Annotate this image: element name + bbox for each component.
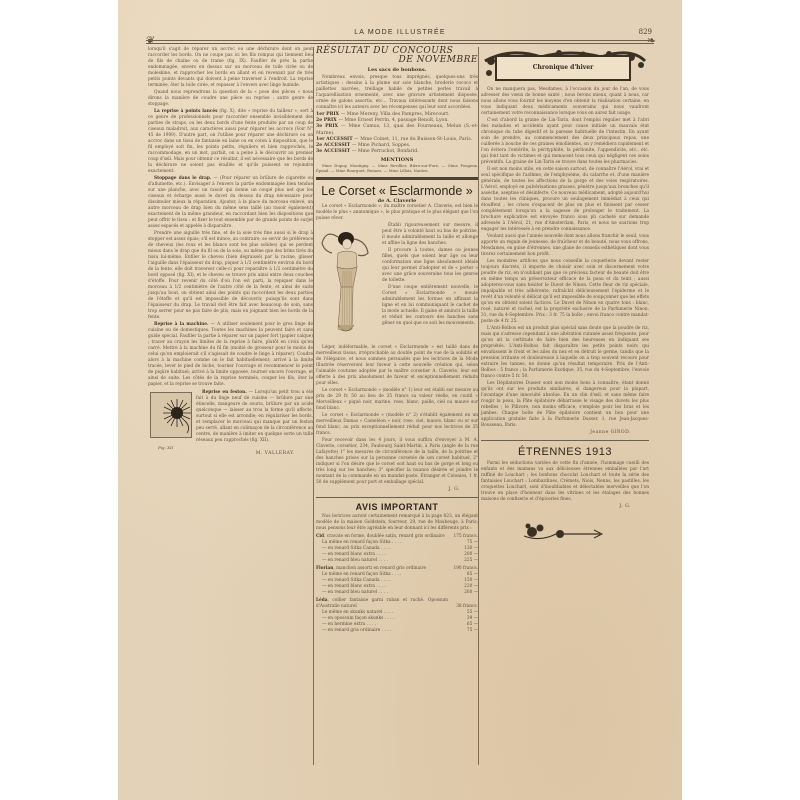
- paragraph: La reprise à points lancés (fig. X), dit…: [148, 109, 313, 175]
- prize-rank: 1er ACCESSIT: [316, 137, 354, 142]
- prize-entry: 3e ACCESSIT — Mme Perruchot, Bonfarid.: [316, 149, 478, 155]
- darned-hole-illustration-icon: [150, 392, 192, 438]
- price-row: — en renard gris ordinaire . . . .75 —: [316, 628, 478, 634]
- fur-price-list: Cid, cravate en forme, doublée satin, re…: [316, 534, 478, 634]
- prize-rank: 2e ACCESSIT: [316, 143, 352, 148]
- floral-tailpiece-icon: [481, 520, 649, 545]
- paragraph: Léger, indéformable, le corset « Esclarm…: [316, 345, 478, 387]
- paragraph: Pour recevoir dans les 4 jours, il vous …: [316, 438, 478, 486]
- paragraph: Reprise à la machine. — A utiliser seule…: [148, 322, 313, 388]
- paragraph: Les Dépilatoires Dusser sont non moins b…: [481, 381, 649, 429]
- section-rule: [316, 497, 478, 498]
- contest-title: RÉSULTAT DU CONCOURS DE NOVEMBRE: [316, 47, 478, 65]
- section-rule: [481, 440, 649, 441]
- author-signature: Jeanne GIROD.: [481, 430, 649, 436]
- column-contest-and-ads: RÉSULTAT DU CONCOURS DE NOVEMBRE Les sac…: [316, 47, 478, 634]
- prize-winner: — Mme Perruchot, Bonfarid.: [352, 149, 419, 154]
- paragraph: Nos lectrices auront certainement remarq…: [316, 514, 478, 532]
- subheading: Stoppage dans le drap.: [154, 176, 211, 181]
- paragraph: lorsqu'il s'agit de réparer un accroc ou…: [148, 47, 313, 89]
- header-rule: [146, 40, 654, 44]
- subheading: Reprise en feston.: [202, 390, 247, 395]
- prize-rank: 3e ACCESSIT: [316, 149, 352, 154]
- paragraph: Voulant aussi que l'année nouvelle dont …: [481, 234, 649, 258]
- paragraph: Nombreux envois, presque tous imprégnés,…: [316, 75, 478, 111]
- prize-rank: 3e PRIX: [316, 124, 341, 129]
- price-row: — en renard bleu naturel . . . .260 —: [316, 590, 478, 596]
- paragraph: Le corset « Esclarmonde » (modèle n° 1) …: [316, 388, 478, 412]
- paragraph: Le corset « Esclarmonde », du maître cor…: [316, 204, 478, 222]
- paragraph: On ne manquera pas, Mesdames, à l'occasi…: [481, 87, 649, 117]
- author-signature: J. G.: [481, 504, 649, 510]
- price-row: — en renard bleu naturel . . . .225 —: [316, 558, 478, 564]
- subheading: La reprise à points lancés: [154, 109, 218, 114]
- author-signature: J. G.: [316, 487, 478, 493]
- prize-winner: — Mme Mereny, Villa des Pampres, Mirecou…: [341, 112, 450, 117]
- paragraph: Reprise en feston. — Lorsqu'un petit tro…: [148, 390, 313, 444]
- prize-winner: — Mme Pichard, Soppes.: [352, 143, 411, 148]
- prize-winner: — Mme Camus, 13, quai des Fourneaux, Mel…: [316, 124, 478, 135]
- paragraph: L'Anti-Bolbos est un produit plus spécia…: [481, 326, 649, 380]
- column-divider: [313, 47, 314, 765]
- paragraph: Parmi les séductions variées de cette fi…: [481, 461, 649, 503]
- paragraph: Prendre une aiguille très fine, et de la…: [148, 231, 313, 321]
- column-chronicle: Chronique d'hiver On ne manquera pas, Me…: [481, 47, 649, 545]
- prize-entry: 3e PRIX — Mme Camus, 13, quai des Fourne…: [316, 124, 478, 136]
- paragraph: Le corset « Esclarmonde » (modèle n° 2) …: [316, 413, 478, 437]
- column-sewing-article: lorsqu'il s'agit de réparer un accroc ou…: [148, 47, 313, 457]
- running-title: LA MODE ILLUSTRÉE: [118, 29, 682, 36]
- floral-garland-icon: Chronique d'hiver: [481, 47, 649, 81]
- contest-subtitle: Les sacs de bonbons.: [316, 67, 478, 73]
- paragraph: Quand nous reprendrons la question de la…: [148, 90, 313, 108]
- magazine-page: LA MODE ILLUSTRÉE 829 ❦ ❧ lorsqu'il s'ag…: [118, 0, 682, 800]
- corset-woman-illustration-icon: [316, 225, 378, 343]
- paragraph: Il est non moins utile, en cette saison …: [481, 167, 649, 233]
- mentions-text: Mme Dupuy, Montigny. — Mme Revillier, Bi…: [316, 163, 478, 173]
- section-rule: [316, 177, 478, 180]
- chronicle-title: Chronique d'hiver: [495, 55, 631, 81]
- prize-list: 1er PRIX — Mme Mereny, Villa des Pampres…: [316, 112, 478, 155]
- author-signature: M. VALLERAY.: [148, 451, 313, 457]
- column-divider: [478, 47, 479, 765]
- etrennes-title: ÉTRENNES 1913: [481, 449, 649, 455]
- paragraph: Stoppage dans le drap. — (Pour réparer u…: [148, 176, 313, 230]
- notice-title: AVIS IMPORTANT: [316, 504, 478, 510]
- prize-winner: — Mme Ernest Perrin, 4, passage Benoît, …: [338, 118, 448, 123]
- prize-rank: 1er PRIX: [316, 112, 341, 117]
- prize-rank: 2e PRIX: [316, 118, 338, 123]
- subheading: Reprise à la machine.: [154, 322, 208, 327]
- price-group-header: Léda, collier fantaisie garni ruban et r…: [316, 598, 478, 610]
- paragraph: Les moindres artifices que nous conseill…: [481, 259, 649, 325]
- paragraph: C'est d'abord la graine de Lin-Tarin, do…: [481, 118, 649, 166]
- corset-ad-title: Le Corset « Esclarmonde »: [316, 184, 478, 198]
- prize-winner: — Mme Coinet, 11, rue du Buisson-St-Loui…: [354, 137, 472, 142]
